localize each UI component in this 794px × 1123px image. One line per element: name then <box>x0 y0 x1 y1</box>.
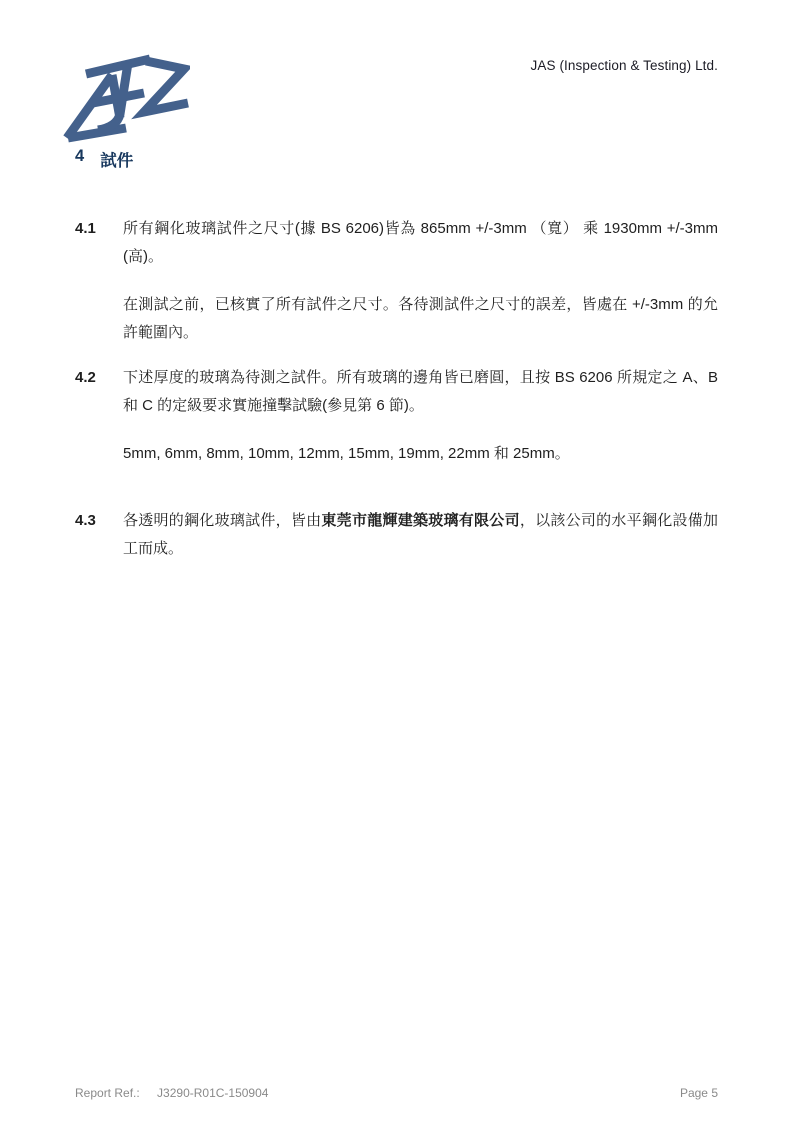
clause-number: 4.3 <box>75 507 123 563</box>
report-ref-label: Report Ref.: <box>75 1086 140 1100</box>
clause-text-before-company: 各透明的鋼化玻璃試件，皆由 <box>123 512 321 529</box>
report-page: JAS (Inspection & Testing) Ltd. 4 試件 4.1… <box>0 0 794 1123</box>
clause-4-1: 4.1 所有鋼化玻璃試件之尺寸(據 BS 6206)皆為 865mm +/-3m… <box>75 215 718 271</box>
company-name-header: JAS (Inspection & Testing) Ltd. <box>531 58 718 73</box>
clause-text: 各透明的鋼化玻璃試件，皆由東莞市龍輝建築玻璃有限公司，以該公司的水平鋼化設備加工… <box>123 507 718 563</box>
clause-number: 4.1 <box>75 215 123 271</box>
clause-number: 4.2 <box>75 364 123 420</box>
section-heading: 4 試件 <box>75 147 133 171</box>
page-number: Page 5 <box>680 1086 718 1100</box>
clause-4-2-thickness-list: 5mm, 6mm, 8mm, 10mm, 12mm, 15mm, 19mm, 2… <box>75 440 718 468</box>
clause-text: 在測試之前，已核實了所有試件之尺寸。各待測試件之尺寸的誤差，皆處在 +/-3mm… <box>75 291 718 347</box>
report-ref-value: J3290-R01C-150904 <box>157 1086 268 1100</box>
page-footer: Report Ref.: J3290-R01C-150904 Page 5 <box>75 1086 718 1100</box>
manufacturer-company-name: 東莞市龍輝建築玻璃有限公司 <box>321 512 519 529</box>
clause-text: 下述厚度的玻璃為待測之試件。所有玻璃的邊角皆已磨圓，且按 BS 6206 所規定… <box>123 364 718 420</box>
clause-4-3: 4.3 各透明的鋼化玻璃試件，皆由東莞市龍輝建築玻璃有限公司，以該公司的水平鋼化… <box>75 507 718 563</box>
thickness-list-text: 5mm, 6mm, 8mm, 10mm, 12mm, 15mm, 19mm, 2… <box>75 440 718 468</box>
clause-4-2: 4.2 下述厚度的玻璃為待測之試件。所有玻璃的邊角皆已磨圓，且按 BS 6206… <box>75 364 718 420</box>
jas-logo-icon <box>60 52 190 147</box>
section-heading-number: 4 <box>75 147 84 171</box>
jas-logo-svg <box>60 52 190 147</box>
clause-text: 所有鋼化玻璃試件之尺寸(據 BS 6206)皆為 865mm +/-3mm （寬… <box>123 215 718 271</box>
report-ref: Report Ref.: J3290-R01C-150904 <box>75 1086 268 1100</box>
section-heading-title: 試件 <box>100 147 133 171</box>
clause-4-1-paragraph-2: 在測試之前，已核實了所有試件之尺寸。各待測試件之尺寸的誤差，皆處在 +/-3mm… <box>75 291 718 347</box>
